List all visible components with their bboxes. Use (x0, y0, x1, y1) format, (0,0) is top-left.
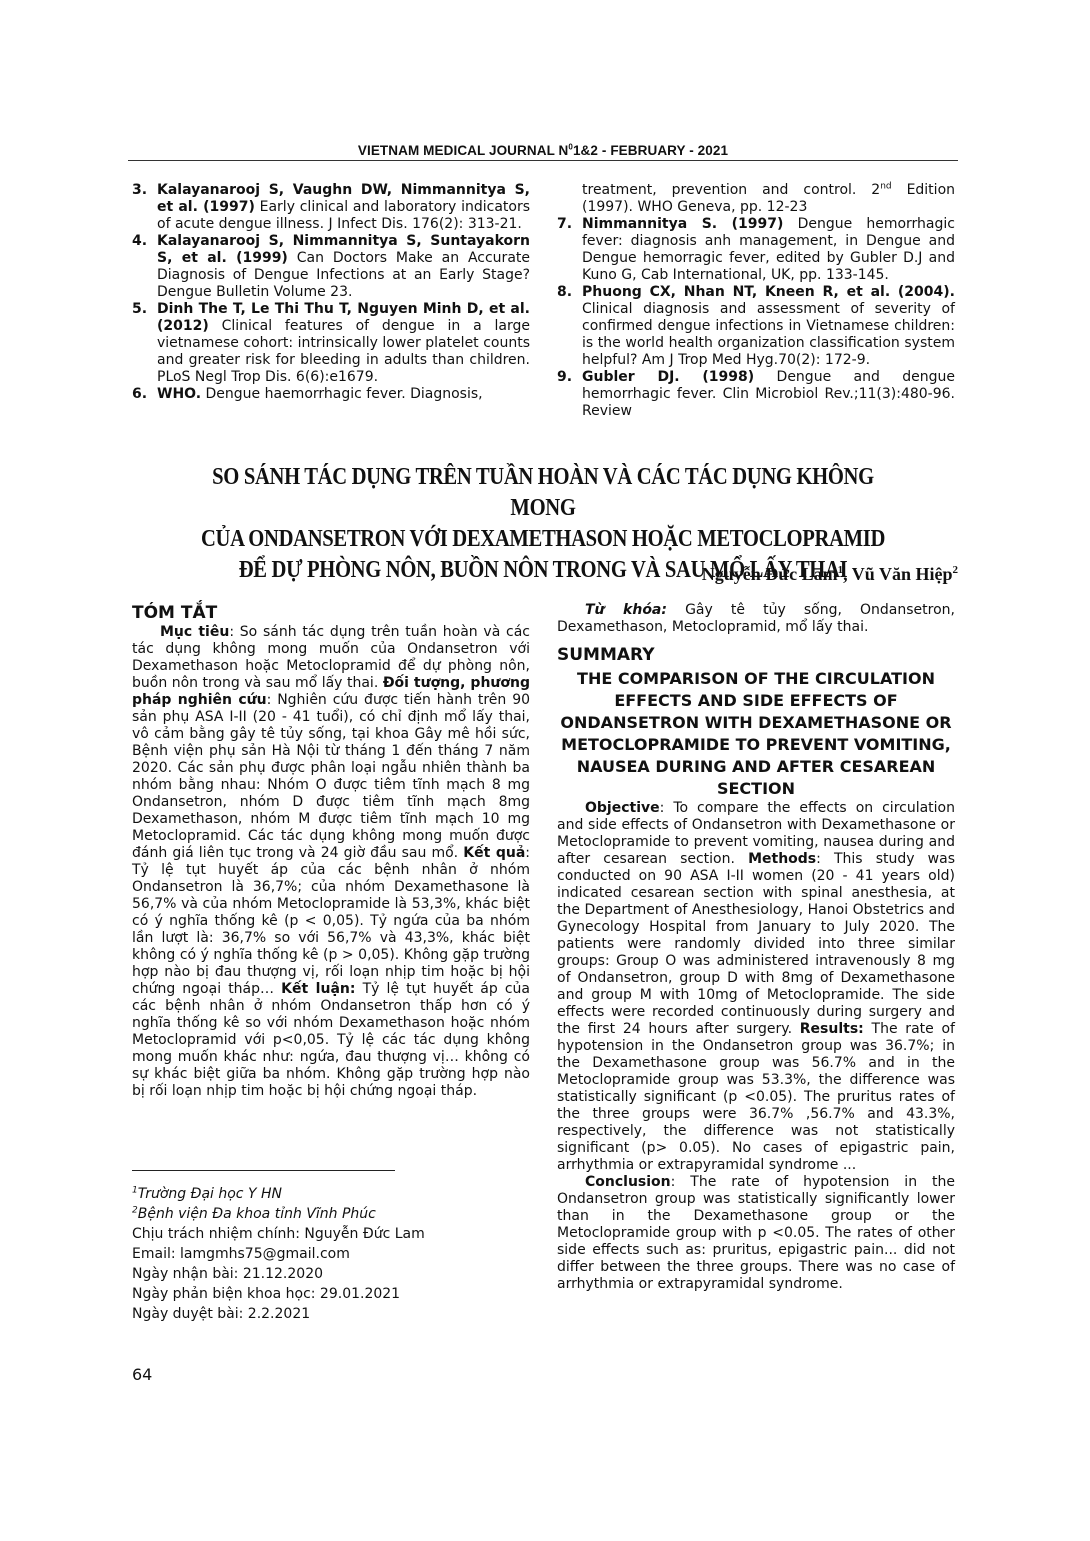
affiliation-1: 1Trường Đại học Y HN (132, 1184, 425, 1204)
abstract-vietnamese: TÓM TẮT Mục tiêu: So sánh tác dụng trên … (132, 602, 530, 1100)
ordinal-sup: nd (880, 181, 891, 191)
reference-number: 6. (132, 386, 147, 403)
date-reviewed: Ngày phản biện khoa học: 29.01.2021 (132, 1284, 425, 1304)
affiliation-text: Bệnh viện Đa khoa tỉnh Vĩnh Phúc (138, 1206, 376, 1222)
journal-name: VIETNAM MEDICAL JOURNAL N (358, 143, 569, 158)
reference-item: 4.Kalayanarooj S, Nimmannitya S, Suntaya… (132, 233, 530, 301)
summary-conclusion-paragraph: Conclusion: The rate of hypotension in t… (557, 1174, 955, 1293)
date-received: Ngày nhận bài: 21.12.2020 (132, 1264, 425, 1284)
section-heading-tom-tat: TÓM TẮT (132, 602, 530, 624)
reference-number: 7. (557, 216, 572, 233)
abstract-paragraph: Mục tiêu: So sánh tác dụng trên tuần hoà… (132, 624, 530, 1100)
reference-item: 3.Kalayanarooj S, Vaughn DW, Nimmannitya… (132, 182, 530, 233)
title-line: SO SÁNH TÁC DỤNG TRÊN TUẦN HOÀN VÀ CÁC T… (186, 462, 900, 524)
footnotes: 1Trường Đại học Y HN 2Bệnh viện Đa khoa … (132, 1184, 425, 1324)
page-number: 64 (132, 1365, 152, 1384)
objective-label: Mục tiêu (160, 624, 229, 640)
results-label: Kết quả (463, 845, 525, 861)
keywords: Từ khóa: Gây tê tủy sống, Ondansetron, D… (557, 602, 955, 636)
abstract-english-column: Từ khóa: Gây tê tủy sống, Ondansetron, D… (557, 602, 955, 1293)
running-header: VIETNAM MEDICAL JOURNAL N01&2 - FEBRUARY… (128, 143, 958, 158)
section-heading-summary: SUMMARY (557, 644, 955, 666)
reference-authors: WHO. (157, 386, 201, 402)
affiliation-2: 2Bệnh viện Đa khoa tỉnh Vĩnh Phúc (132, 1204, 425, 1224)
reference-item: 8.Phuong CX, Nhan NT, Kneen R, et al. (2… (557, 284, 955, 369)
date-approved: Ngày duyệt bài: 2.2.2021 (132, 1304, 425, 1324)
english-title: THE COMPARISON OF THE CIRCULATION EFFECT… (557, 668, 955, 800)
conclusion-label: Kết luận: (281, 981, 355, 997)
author-separator: , (843, 564, 852, 584)
reference-item: 5.Dinh The T, Le Thi Thu T, Nguyen Minh … (132, 301, 530, 386)
author-name: Nguyễn Đức Lam (702, 564, 838, 584)
reference-item: 9.Gubler DJ. (1998) Dengue and dengue he… (557, 369, 955, 420)
methods-text: : Nghiên cứu được tiến hành trên 90 sản … (132, 692, 530, 861)
reference-authors: Nimmannitya S. (1997) (582, 216, 783, 232)
reference-text: Clinical diagnosis and assessment of sev… (582, 301, 955, 368)
methods-label: Methods (748, 851, 816, 867)
reference-number: 8. (557, 284, 572, 301)
author-name: Vũ Văn Hiệp (852, 564, 953, 584)
reference-number: 5. (132, 301, 147, 318)
reference-number: 4. (132, 233, 147, 250)
results-label: Results: (800, 1021, 864, 1037)
results-text: : Tỷ lệ tụt huyết áp của các bệnh nhân ở… (132, 845, 530, 997)
methods-text: : This study was conducted on 90 ASA I-I… (557, 851, 955, 1037)
reference-authors: Phuong CX, Nhan NT, Kneen R, et al. (200… (582, 284, 955, 300)
keywords-label: Từ khóa: (585, 602, 667, 618)
references-right: treatment, prevention and control. 2nd E… (557, 182, 955, 420)
reference-text: Dengue haemorrhagic fever. Diagnosis, (201, 386, 483, 402)
references-left: 3.Kalayanarooj S, Vaughn DW, Nimmannitya… (132, 182, 530, 403)
conclusion-label: Conclusion (585, 1174, 671, 1190)
reference-text: Clinical features of dengue in a large v… (157, 318, 530, 385)
reference-number: 9. (557, 369, 572, 386)
reference-number: 3. (132, 182, 147, 199)
objective-label: Objective (585, 800, 660, 816)
reference-text: treatment, prevention and control. 2 (582, 182, 880, 198)
conclusion-text: : The rate of hypotension in the Ondanse… (557, 1174, 955, 1292)
header-divider (128, 160, 958, 161)
affiliation-text: Trường Đại học Y HN (138, 1186, 282, 1202)
conclusion-text: Tỷ lệ tụt huyết áp của các bệnh nhân ở n… (132, 981, 530, 1099)
footnote-divider (132, 1170, 395, 1171)
author-affiliation-sup: 2 (953, 564, 959, 576)
results-text: The rate of hypotension in the Ondansetr… (557, 1021, 955, 1173)
corresponding-author: Chịu trách nhiệm chính: Nguyễn Đức Lam (132, 1224, 425, 1244)
contact-email: Email: lamgmhs75@gmail.com (132, 1244, 425, 1264)
reference-item: 6.WHO. Dengue haemorrhagic fever. Diagno… (132, 386, 530, 403)
journal-issue: 1&2 - FEBRUARY - 2021 (573, 143, 728, 158)
title-line: CỦA ONDANSETRON VỚI DEXAMETHASON HOẶC ME… (186, 524, 900, 555)
summary-paragraph: Objective: To compare the effects on cir… (557, 800, 955, 1174)
reference-authors: Gubler DJ. (1998) (582, 369, 754, 385)
article-authors: Nguyễn Đức Lam1, Vũ Văn Hiệp2 (702, 564, 958, 585)
reference-item: 7.Nimmannitya S. (1997) Dengue hemorrhag… (557, 216, 955, 284)
reference-continuation: treatment, prevention and control. 2nd E… (557, 182, 955, 216)
